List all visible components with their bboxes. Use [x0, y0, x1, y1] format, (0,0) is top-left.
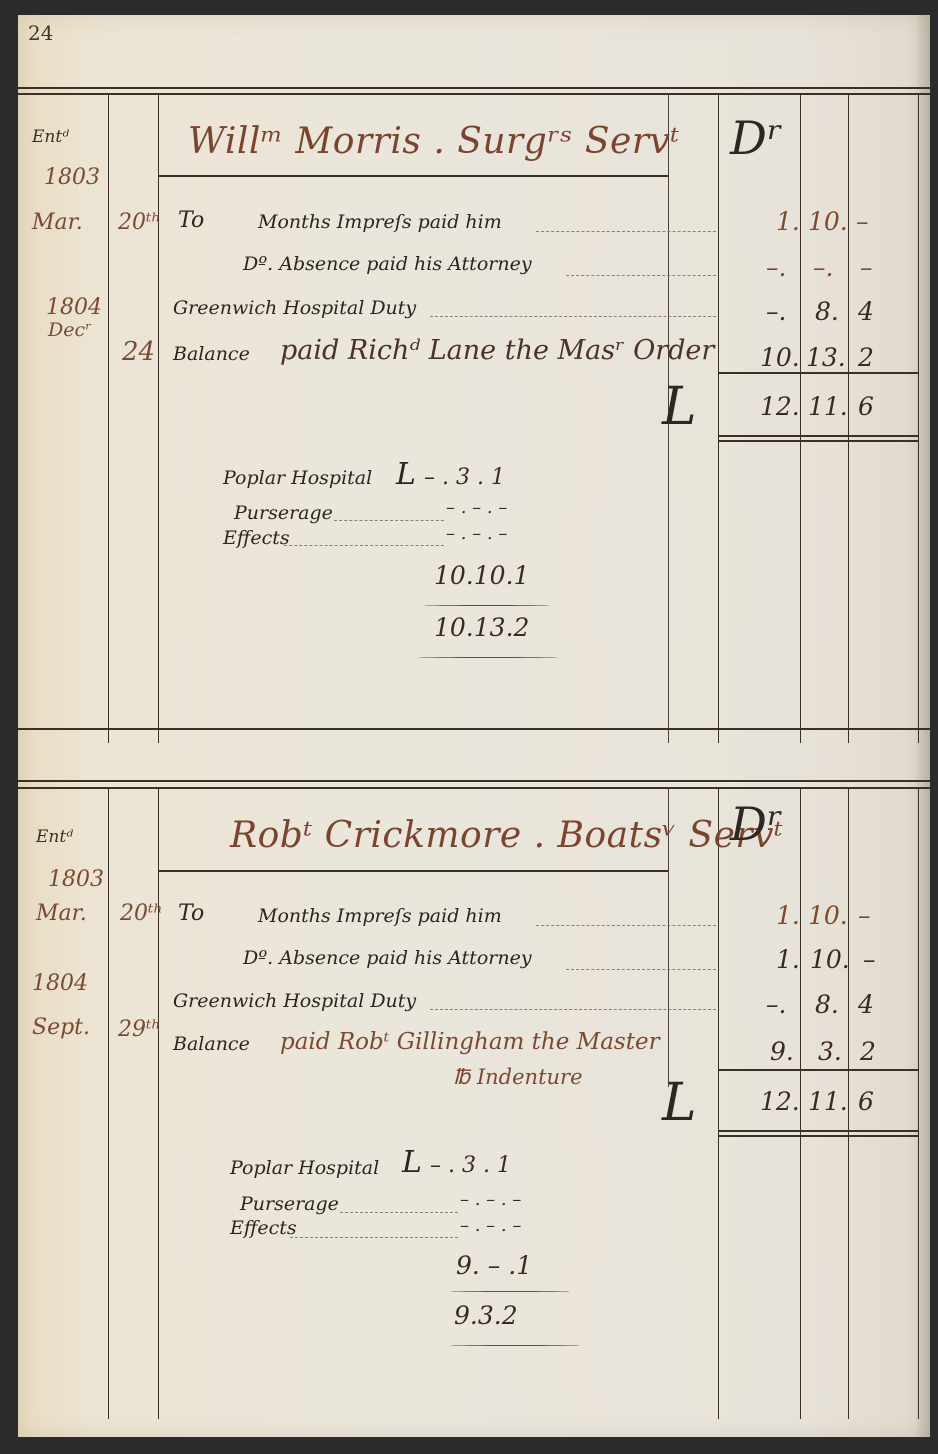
amount-shillings: 3. — [818, 1037, 842, 1066]
entry-label: Entᵈ — [36, 827, 73, 847]
line-description: Months Impreſs paid him — [258, 905, 502, 927]
dotted-leader — [284, 545, 444, 546]
column-rule-pence — [848, 93, 849, 743]
amount-pounds: 10. — [760, 343, 800, 372]
dotted-leader — [566, 969, 716, 970]
amount-pence: 4 — [858, 990, 874, 1019]
line-description: Greenwich Hospital Duty — [173, 990, 416, 1012]
total-pounds: 12. — [760, 1087, 800, 1116]
amount-pence: – — [863, 945, 876, 974]
column-rule-shillings — [800, 787, 801, 1419]
second-year: 1804 — [32, 971, 88, 996]
pound-symbol: L — [396, 457, 416, 492]
header-rule — [158, 870, 668, 872]
total-shillings: 11. — [808, 1087, 848, 1116]
subtotal-underline — [424, 605, 550, 606]
total-double-rule — [718, 1130, 918, 1132]
deduction-label: Effects — [223, 527, 290, 549]
balance-underline — [450, 1345, 580, 1346]
total-pence: 6 — [858, 1087, 874, 1116]
entry-year: 1803 — [48, 867, 104, 892]
entry-label: Entᵈ — [32, 127, 69, 147]
second-year: 1804 — [46, 295, 102, 320]
amount-pence: – — [856, 207, 869, 236]
total-double-rule-inner — [718, 1135, 918, 1137]
second-month: Decʳ — [48, 319, 92, 341]
total-double-rule-inner — [718, 440, 918, 442]
amount-shillings: 10. — [808, 901, 848, 930]
debit-label: Dʳ — [730, 797, 783, 851]
column-rule-date — [108, 93, 109, 743]
line-description: Months Impreſs paid him — [258, 211, 502, 233]
amount-shillings: 10. — [808, 207, 848, 236]
amount-shillings: 13. — [806, 343, 846, 372]
pound-symbol: L — [662, 377, 697, 437]
dotted-leader — [536, 231, 716, 232]
amount-shillings: –. — [813, 253, 833, 282]
deduction-value: – . – . – — [460, 1189, 521, 1210]
amount-shillings: 8. — [815, 990, 839, 1019]
amount-shillings: 8. — [815, 297, 839, 326]
amount-shillings: 10. — [810, 945, 850, 974]
dotted-leader — [430, 1009, 716, 1010]
second-month: Sept. — [32, 1015, 90, 1040]
line-description: Dº. Absence paid his Attorney — [243, 947, 532, 969]
handwritten-note-2: ℔ Indenture — [453, 1065, 583, 1089]
dotted-leader — [290, 1237, 458, 1238]
line-description: Balance — [173, 343, 250, 365]
balance: 10.13.2 — [434, 613, 529, 642]
amount-pounds: –. — [766, 253, 786, 282]
amount-pence: 2 — [858, 343, 874, 372]
dotted-leader — [536, 925, 716, 926]
deduction-value: – . – . – — [460, 1215, 521, 1236]
ledger-page: 24 Willᵐ Morris . Surgʳˢ Servᵗ Dʳ Entᵈ 1… — [18, 15, 930, 1437]
handwritten-note: paid Richᵈ Lane the Masʳ Order — [280, 335, 714, 366]
line-prefix: To — [178, 208, 204, 233]
entry-day: 20ᵗʰ — [118, 210, 161, 235]
handwritten-note: paid Robᵗ Gillingham the Master — [280, 1029, 660, 1055]
entry-year: 1803 — [44, 165, 100, 190]
dotted-leader — [334, 520, 444, 521]
dotted-leader — [566, 275, 716, 276]
line-prefix: To — [178, 901, 204, 926]
deduction-label: Purserage — [240, 1193, 339, 1215]
dotted-leader — [430, 316, 716, 317]
top-rule-inner — [18, 93, 930, 95]
subtotal: 9. – .1 — [456, 1251, 532, 1280]
amount-pounds: 1. — [776, 207, 800, 236]
block-bottom-rule — [18, 728, 930, 730]
total-pounds: 12. — [760, 392, 800, 421]
column-rule-day — [158, 93, 159, 743]
deduction-value: – . 3 . 1 — [430, 1153, 511, 1178]
subtotal: 10.10.1 — [434, 561, 529, 590]
deduction-label: Poplar Hospital — [230, 1157, 379, 1179]
entry-day: 20ᵗʰ — [120, 901, 163, 926]
amount-pence: 4 — [858, 297, 874, 326]
second-day: 29ᵗʰ — [118, 1017, 161, 1042]
column-rule-pounds — [718, 93, 719, 743]
total-double-rule — [718, 435, 918, 437]
deduction-value: – . 3 . 1 — [424, 465, 505, 490]
balance: 9.3.2 — [454, 1301, 518, 1330]
debit-label: Dʳ — [730, 111, 783, 165]
deduction-value: – . – . – — [446, 523, 507, 544]
total-top-rule — [718, 372, 918, 374]
deduction-label: Poplar Hospital — [223, 467, 372, 489]
column-rule-right — [918, 93, 919, 743]
pound-symbol: L — [662, 1073, 697, 1133]
amount-pence: – — [858, 901, 871, 930]
column-rule-pounds — [718, 787, 719, 1419]
pound-symbol: L — [402, 1145, 422, 1180]
dotted-leader — [340, 1212, 458, 1213]
line-description: Greenwich Hospital Duty — [173, 297, 416, 319]
amount-pounds: –. — [766, 297, 786, 326]
page-number: 24 — [28, 21, 53, 45]
account-name: Robᵗ Crickmore . Boatsᵛ Servᵗ — [230, 815, 783, 856]
line-description: Balance — [173, 1033, 250, 1055]
account-name: Willᵐ Morris . Surgʳˢ Servᵗ — [188, 121, 680, 162]
top-rule — [18, 87, 930, 89]
column-rule-day — [158, 787, 159, 1419]
entry-month: Mar. — [32, 210, 83, 235]
entry-month: Mar. — [36, 901, 87, 926]
top-rule — [18, 780, 930, 782]
deduction-value: – . – . – — [446, 497, 507, 518]
header-rule — [158, 175, 668, 177]
line-description: Dº. Absence paid his Attorney — [243, 253, 532, 275]
top-rule-inner — [18, 787, 930, 789]
deduction-label: Effects — [230, 1217, 297, 1239]
second-day: 24 — [122, 337, 155, 367]
amount-pounds: 1. — [776, 901, 800, 930]
total-shillings: 11. — [808, 392, 848, 421]
column-rule-shillings — [800, 93, 801, 743]
total-pence: 6 — [858, 392, 874, 421]
subtotal-underline — [450, 1291, 570, 1292]
balance-underline — [418, 657, 558, 658]
total-top-rule — [718, 1069, 918, 1071]
deduction-label: Purserage — [234, 502, 333, 524]
amount-pounds: 9. — [770, 1037, 794, 1066]
amount-pounds: 1. — [776, 945, 800, 974]
column-rule-date — [108, 787, 109, 1419]
column-rule-right — [918, 787, 919, 1419]
amount-pence: 2 — [860, 1037, 876, 1066]
amount-pounds: –. — [766, 990, 786, 1019]
amount-pence: – — [860, 253, 873, 282]
column-rule-pence — [848, 787, 849, 1419]
